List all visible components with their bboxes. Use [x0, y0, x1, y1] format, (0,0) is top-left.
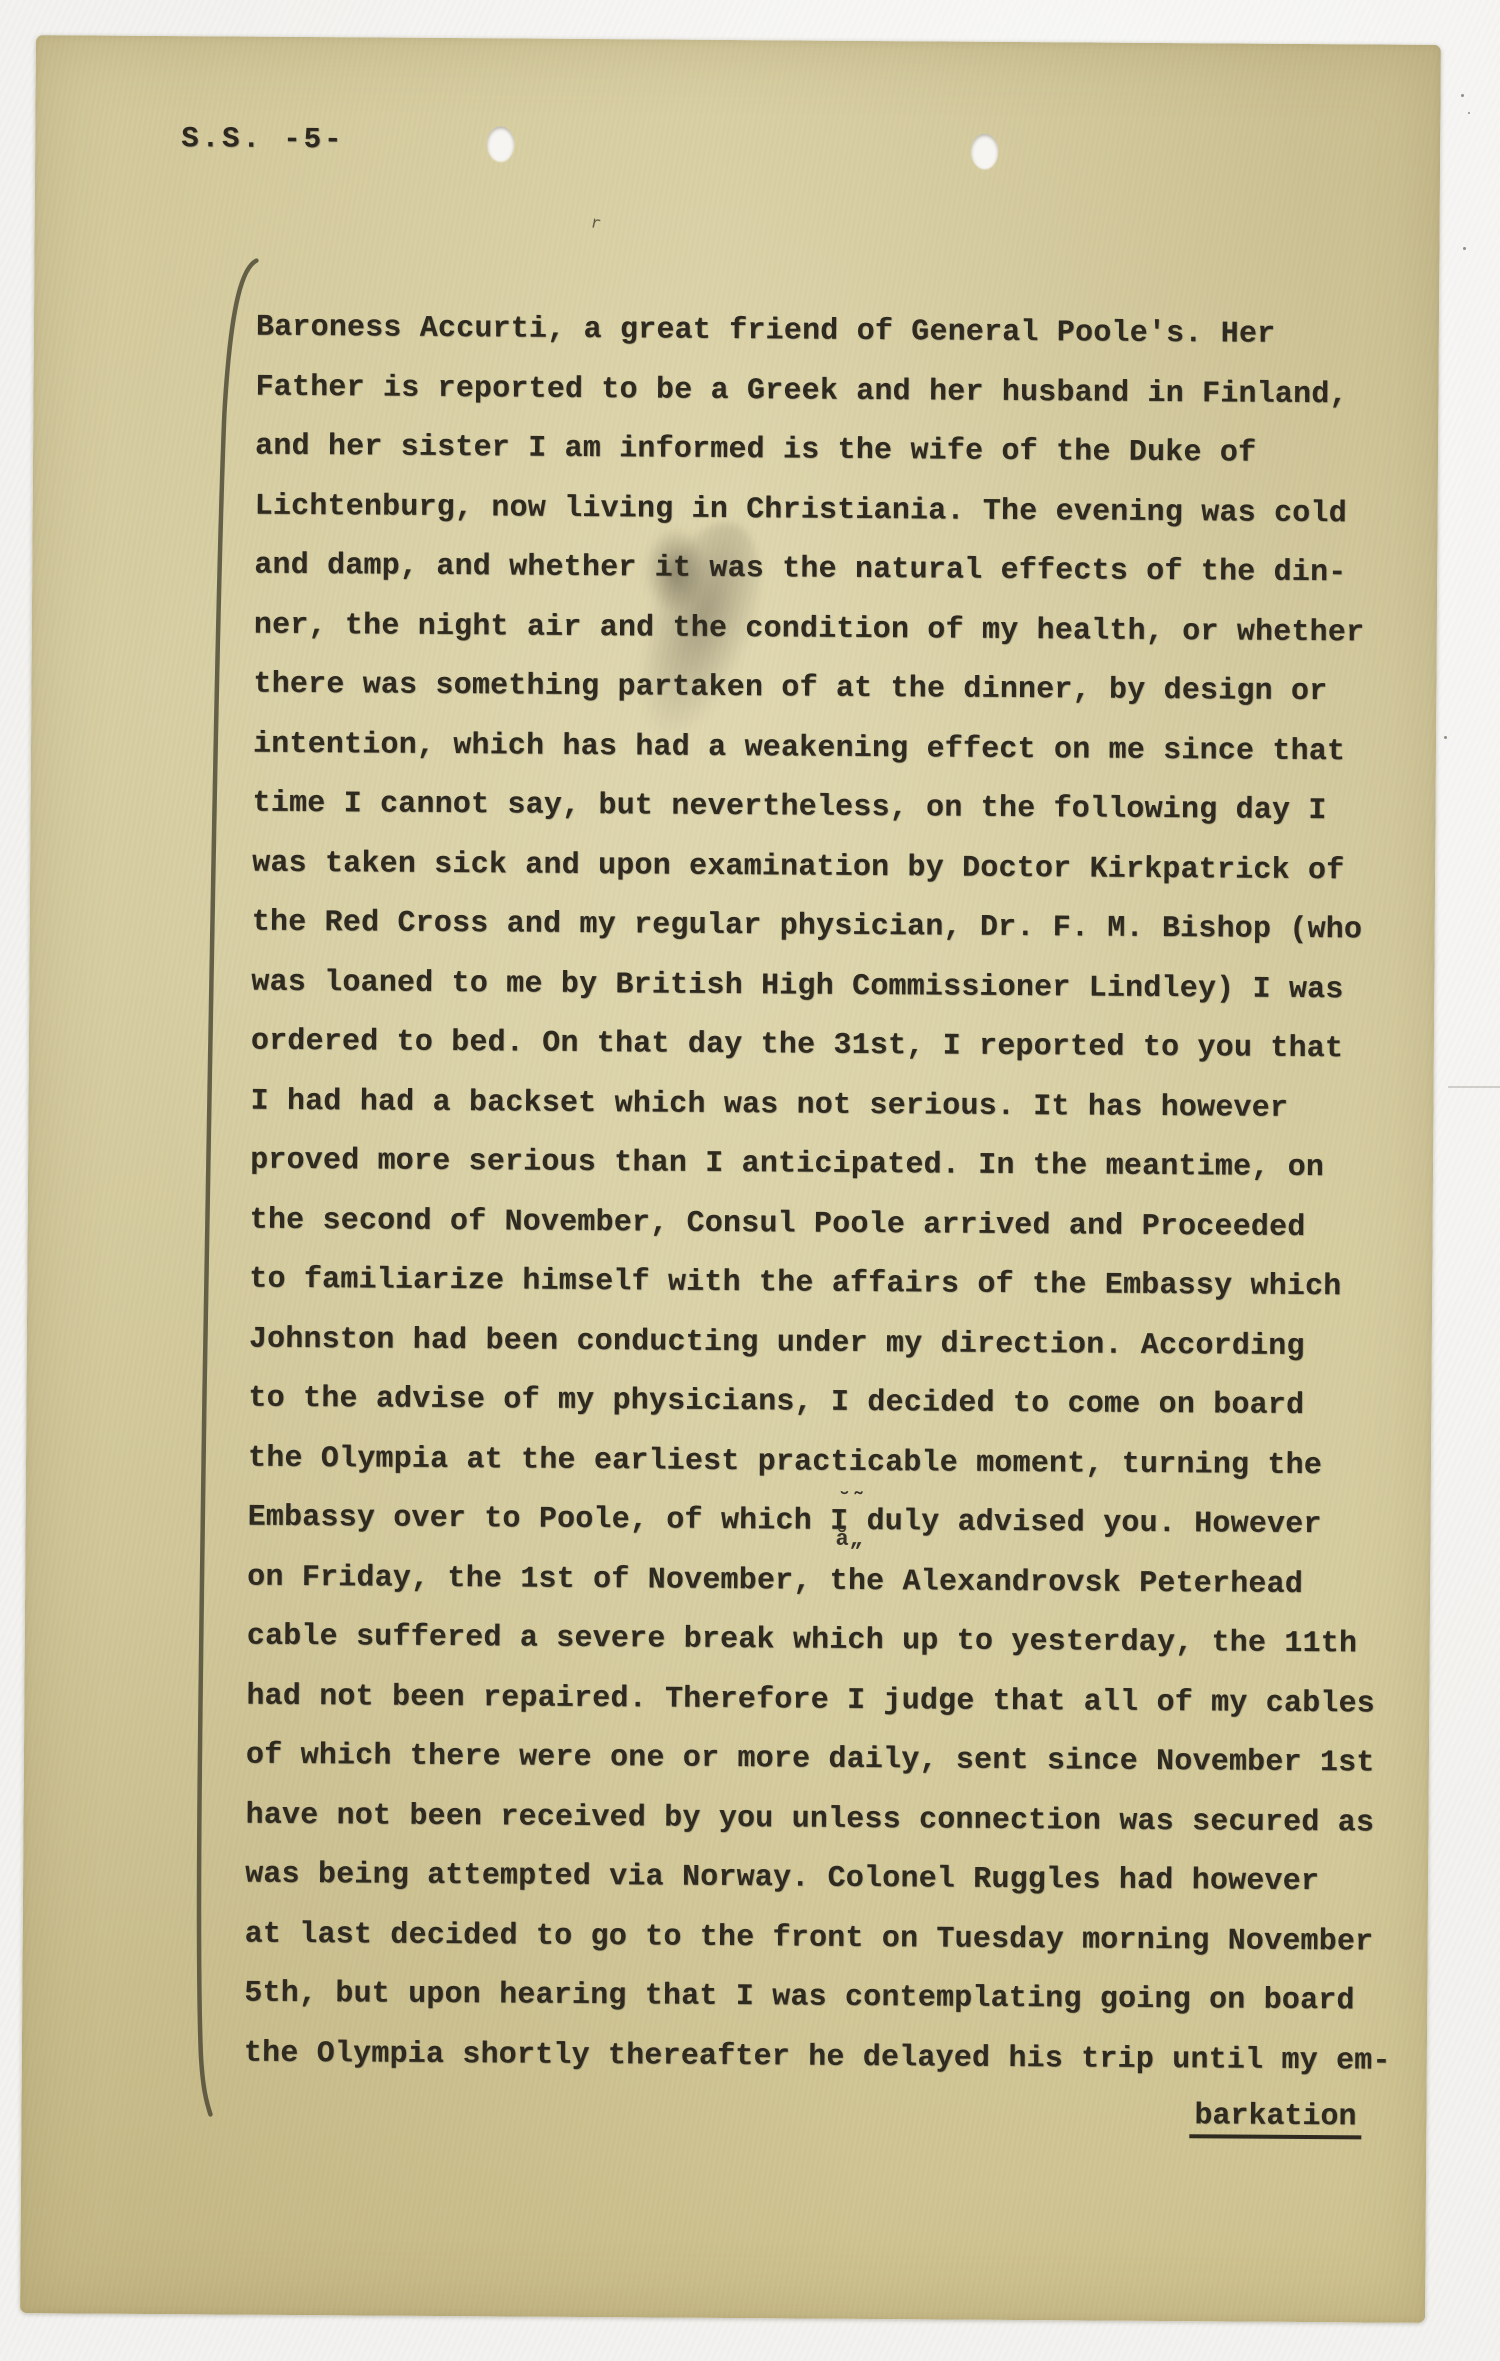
- typed-line: time I cannot say, but nevertheless, on …: [252, 775, 1392, 842]
- paper-sheet: S.S. -5- r Baroness Accurti, a great fri…: [20, 35, 1441, 2323]
- typed-line: Lichtenburg, now living in Christiania. …: [254, 477, 1394, 544]
- typed-line: and her sister I am informed is the wife…: [255, 418, 1395, 485]
- catchword-row: barkation: [243, 2093, 1383, 2140]
- typed-line: the Red Cross and my regular physician, …: [252, 894, 1392, 961]
- typed-line: on Friday, the 1st of November, the Alex…: [247, 1548, 1387, 1615]
- typed-line: proved more serious than I anticipated. …: [250, 1132, 1390, 1199]
- typed-line: ner, the night air and the condition of …: [254, 596, 1394, 663]
- punch-hole-left: [487, 126, 514, 161]
- typed-line: intention, which has had a weakening eff…: [253, 715, 1393, 782]
- typed-line: Father is reported to be a Greek and her…: [255, 358, 1395, 425]
- dust-speck: [1461, 94, 1464, 97]
- typed-line: Johnston had been conducting under my di…: [249, 1310, 1389, 1377]
- typed-line: to the advise of my physicians, I decide…: [248, 1370, 1388, 1437]
- typed-line: Embassy over to Poole, of which I duly a…: [247, 1489, 1387, 1556]
- page-label: S.S. -5-: [181, 122, 344, 156]
- typed-line: was loaned to me by British High Commiss…: [251, 953, 1391, 1020]
- punch-hole-right: [971, 134, 998, 169]
- typed-line: was being attempted via Norway. Colonel …: [245, 1846, 1385, 1913]
- typed-line: the Olympia shortly thereafter he delaye…: [244, 2024, 1384, 2091]
- dust-speck: [1463, 247, 1466, 250]
- typed-line: to familiarize himself with the affairs …: [249, 1251, 1389, 1318]
- typed-line: have not been received by you unless con…: [245, 1786, 1385, 1853]
- typed-line: there was something partaken of at the d…: [253, 656, 1393, 723]
- typed-line: of which there were one or more daily, s…: [246, 1727, 1386, 1794]
- scan-scratch: [1448, 1086, 1500, 1088]
- typed-line: 5th, but upon hearing that I was contemp…: [244, 1965, 1384, 2032]
- typed-body: Baroness Accurti, a great friend of Gene…: [244, 299, 1396, 2092]
- catchword: barkation: [1189, 2099, 1361, 2139]
- typed-line: the Olympia at the earliest practicable …: [248, 1429, 1388, 1496]
- typed-line: the second of November, Consul Poole arr…: [249, 1191, 1389, 1258]
- typed-line: at last decided to go to the front on Tu…: [245, 1905, 1385, 1972]
- typed-line: Baroness Accurti, a great friend of Gene…: [256, 299, 1396, 366]
- typed-line: cable suffered a severe break which up t…: [247, 1608, 1387, 1675]
- typed-line: ordered to bed. On that day the 31st, I …: [251, 1013, 1391, 1080]
- dust-speck: [1444, 736, 1447, 739]
- stray-ink-mark: r: [589, 214, 603, 235]
- typed-line: had not been repaired. Therefore I judge…: [246, 1667, 1386, 1734]
- overtype-marks-below: ă„: [835, 1527, 864, 1552]
- dust-speck: [1468, 112, 1470, 114]
- typed-line: was taken sick and upon examination by D…: [252, 834, 1392, 901]
- typed-line: and damp, and whether it was the natural…: [254, 537, 1394, 604]
- typed-line: I had had a backset which was not seriou…: [250, 1072, 1390, 1139]
- overtype-marks-above: ˘˜: [838, 1489, 867, 1514]
